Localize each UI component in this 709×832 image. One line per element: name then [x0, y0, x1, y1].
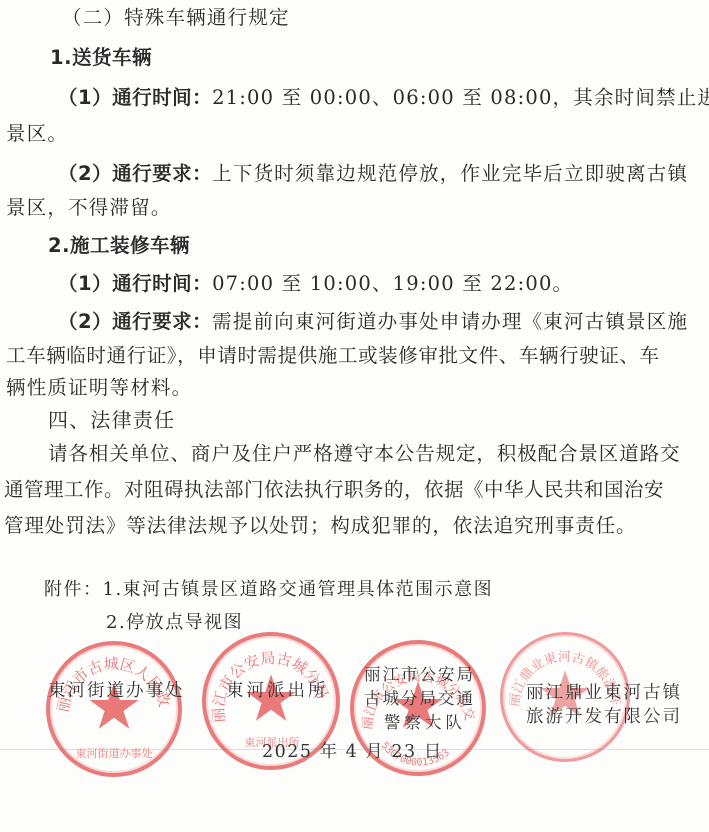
legal-paragraph-line-1: 请各相关单位、商户及住户严格遵守本公告规定，积极配合景区道路交 [48, 442, 680, 466]
construction-req-continuation-2: 辆性质证明等材料。 [6, 376, 192, 400]
legal-paragraph-line-2: 通管理工作。对阻碍执法部门依法执行职务的，依据《中华人民共和国治安 [4, 478, 664, 502]
signatory-traffic-brigade-line-3: 警察大队 [384, 712, 466, 734]
delivery-time-line: （1）通行时间：21:00 至 00:00、06:00 至 08:00，其余时间… [58, 86, 692, 110]
issue-date: 2025 年 4 月 23 日 [262, 741, 443, 763]
delivery-time-continuation: 景区。 [6, 122, 68, 146]
svg-text:東河街道办事处: 東河街道办事处 [76, 746, 153, 760]
heading-delivery-vehicles: 1.送货车辆 [50, 46, 152, 70]
construction-req-label: （2）通行要求： [58, 310, 212, 333]
official-seal-dongher-street-office: 丽江市古城区人民政府 東河街道办事处 ★ [46, 641, 182, 777]
attachment-line-1: 附件：1.東河古镇景区道路交通管理具体范围示意图 [44, 578, 493, 602]
document-page: （二）特殊车辆通行规定 1.送货车辆 （1）通行时间：21:00 至 00:00… [0, 0, 709, 832]
section-title-special-vehicles: （二）特殊车辆通行规定 [62, 6, 290, 30]
construction-time-text: 07:00 至 10:00、19:00 至 22:00。 [212, 272, 573, 295]
signatory-police-station: 東河派出所 [226, 680, 329, 702]
delivery-time-text: 21:00 至 00:00、06:00 至 08:00，其余时间禁止进出 [212, 86, 709, 109]
construction-time-line: （1）通行时间：07:00 至 10:00、19:00 至 22:00。 [58, 272, 573, 296]
attachment-item-2[interactable]: 2.停放点导视图 [106, 611, 243, 635]
signatory-traffic-brigade-line-2: 古城分局交通 [364, 688, 475, 710]
construction-time-label: （1）通行时间： [58, 272, 212, 295]
legal-paragraph-line-3: 管理处罚法》等法律法规予以处罚；构成犯罪的，依法追究刑事责任。 [4, 514, 636, 538]
construction-req-line: （2）通行要求：需提前向東河街道办事处申请办理《東河古镇景区施 [58, 310, 688, 334]
delivery-req-line: （2）通行要求：上下货时须靠边规范停放，作业完毕后立即驶离古镇 [58, 162, 688, 186]
attachment-item-1[interactable]: 1.東河古镇景区道路交通管理具体范围示意图 [103, 579, 494, 600]
heading-construction-vehicles: 2.施工装修车辆 [48, 234, 190, 258]
signatory-street-office: 東河街道办事处 [48, 680, 185, 702]
delivery-req-text: 上下货时须靠边规范停放，作业完毕后立即驶离古镇 [212, 162, 688, 185]
signatory-company-line-2: 旅游开发有限公司 [526, 706, 682, 728]
construction-req-text: 需提前向東河街道办事处申请办理《東河古镇景区施 [212, 310, 688, 333]
section-title-legal-liability: 四、法律责任 [48, 408, 175, 432]
signatory-company-line-1: 丽江鼎业東河古镇 [526, 682, 682, 704]
delivery-time-label: （1）通行时间： [58, 86, 212, 109]
signatory-traffic-brigade-line-1: 丽江市公安局 [364, 664, 475, 686]
delivery-req-label: （2）通行要求： [58, 162, 212, 185]
attachment-label: 附件： [44, 579, 103, 600]
delivery-req-continuation: 景区，不得滞留。 [6, 196, 172, 220]
construction-req-continuation-1: 工车辆临时通行证》，申请时需提供施工或装修审批文件、车辆行驶证、车 [6, 344, 660, 368]
